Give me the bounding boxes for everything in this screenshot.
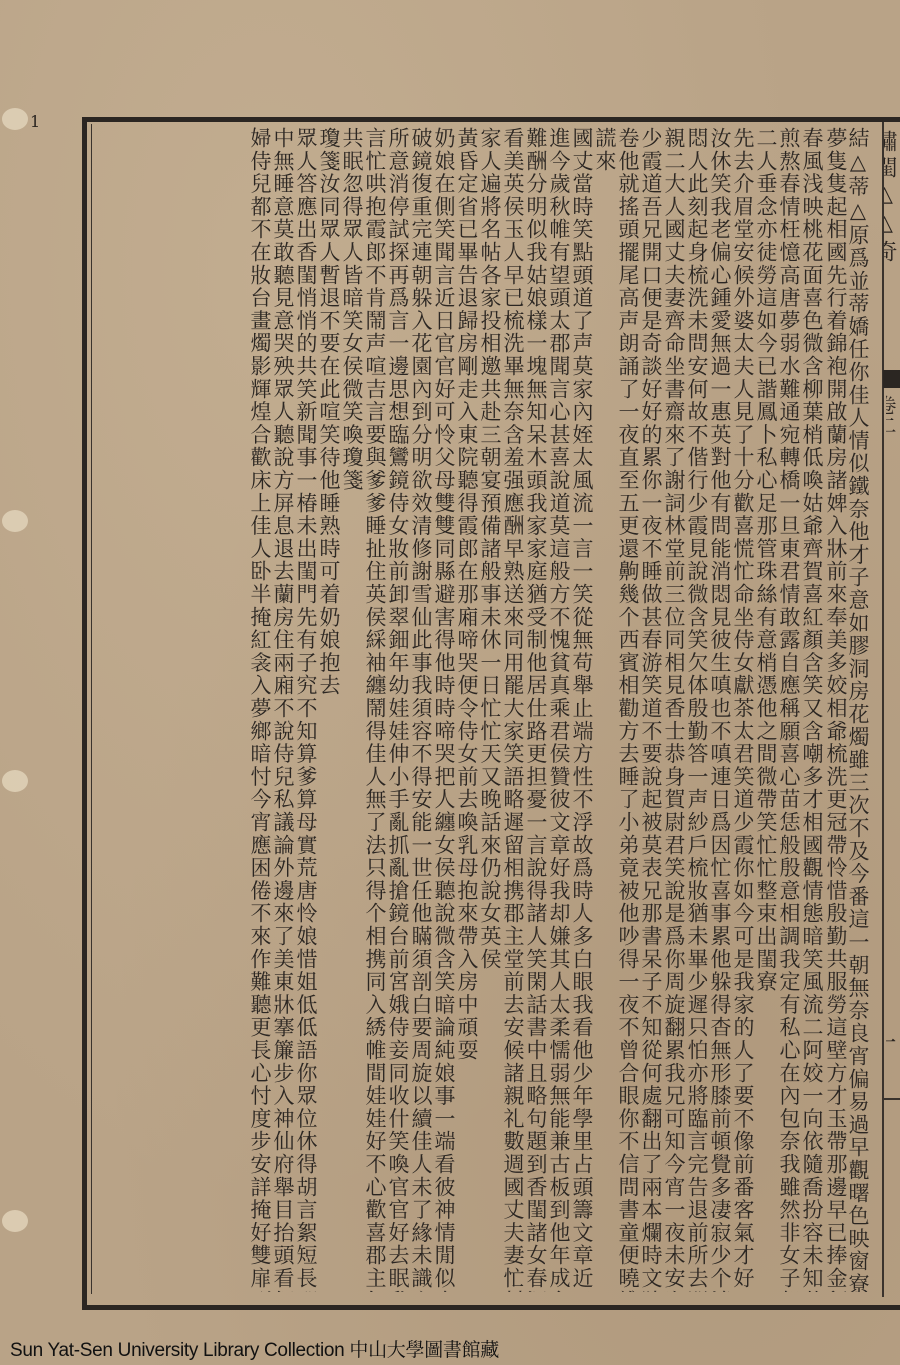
text-column: 進今歲秋帷有望頭太郡聞言心甚喜說道莫這般方不愧貧真乘君侯贊彼文章好我却嫌其人太柔… [547,127,571,1292]
spine-fishtail-mark [883,370,900,388]
text-column: 春風浅映桃花面喜色微含柳葉梢低喚姑爺齊賀喜紅顏含笑又含嘲多才相國觀情態暗笑風流二… [800,127,824,1292]
text-column: 結△蒂△原爲並蒂嬌任你佳人情似鐵奈他才子意如膠洞房花燭雖三次不及今番這一朝無奈良… [846,127,870,1292]
text-column: 所意消停試探再爲言一邊思想臨鸞鏡侍女妝前卸翠鈿年幼娃娃伸小手亂抓亂搶鏡台前宮娥侍… [386,127,410,1292]
text-column: 黃昏定省已畢告退歸房剛走入東院聽得霞郎在那廂啼哭便令侍女前去喚乳母抱來帶入房中頑… [455,127,479,1292]
text-column: 看美英侯玉人早已梳洗畢無奈含羞强應酬早熟送來同用罷大家笑語略遲留相携郡主堂前去安… [501,127,525,1292]
text-column: 汝休笑我老偏心鍾愛無過一惠英對他有問能消悶見彼生嗔也不嗔連日爲因忙喜事累他躲得杳… [708,127,732,1292]
binding-hole [2,510,28,532]
text-column: 夢隻隻起相國先行着錦袍開啟蘭房諸婢入牀前來奉美多姣相爺梳洗更冠帶怜惜殷勤共服勞這… [824,127,848,1292]
text-column: 眾人答應出香閨悄悄的共笑新聞事一椿未出閨門先有子究不知算爹算母實荒唐怜娘惜姐低低… [294,127,318,1292]
text-column: 瓊箋汝同眾人暫退不要在此喧笑待他睡熟時可着奶娘抱去 [317,127,341,1292]
library-attribution: Sun Yat-Sen University Library Collectio… [10,1335,499,1362]
text-column: 中無睡意莫敢聽見意哭殃眾人聽說方屏息退去蘭房住兩廂不說侍兒私議論外邊來了美東牀搴… [271,127,295,1292]
text-column: 二人垂念亦徒勞這如今已諧鳳卜私心足那管珠絲有意梢憑他之間微帶笑忙忙整束出閨寮 [754,127,778,1292]
text-column: 奶娘在側笑聞言近日官官好可怜父母雙雙同縣避害得他時時啼哭把人纏女侯聽說微含笑暗論… [432,127,456,1292]
text-column: 煎熬春情枉憶高唐夢弱水難通宛轉橋一旦東君情敢露自應稱願喜心苗恁般殷意相調我定有私… [777,127,801,1292]
text-column: 先去介眉堂安候外婆太夫人見了十分歡喜慌忙命坐侍女獻茶太君笑道少霞你如今可是我家的… [731,127,755,1292]
text-column: 國丈當時笑點頭道了声莫家內姪太風流一言一笑從無苟舉止端方性不浮故爲時人多白眼我看… [570,127,594,1292]
spine-rule [883,1098,900,1100]
binding-hole [2,1210,28,1232]
text-column: 破鏡復重完連朝躲入花園內到分明欲效清修謝雪仙此事我須容不得安能一世任他瞞須剖白要… [409,127,433,1292]
binding-hole [2,108,28,130]
text-column: 言忙哄抱霞郎不肯鬧声喧吉言要與爹爹睡扯住英侯綵袖纏鬧得佳人無了法只得个相携同入綉… [363,127,387,1292]
text-column: 難酬分明似我姑娘樣一塊無知呆木頭我家家庭猶受制他居仕路更担憂一言說得諸人笑閑話書… [524,127,548,1292]
text-column: 少霞道吾兄開口便是奇談好好的累你一夜不睡做甚春游笑道不要說起被莫表兄那書呆子不知… [639,127,663,1292]
spine-title: 繡閨△△奇 [884,130,900,370]
text-column: 家人遍將名帖各家投相邀共赴三朝宴預備諸般事未休一日忙忙天又晚話來仍說女英侯 [478,127,502,1292]
spine-folio-number: 十 [886,1030,900,1070]
text-column: 共眠忽得眾人皆暗笑女侯微笑喚瓊箋 [340,127,364,1292]
text-column: 親二大人國丈夫妻齊命坐書齋來了謝詞林堂前三位同相見香士恭身賀尉君笑說是爲你周旋翻… [662,127,686,1292]
page-mark: 1 [30,112,40,131]
spine-volume: 卷二 [886,395,900,455]
text-column: 婦侍兒都不在妝台畫燭影輝煌合歡床上佳人卧半掩紅衾入夢鄉暗忖今宵應困倦不來作難聽更… [248,127,272,1292]
text-column: 卷他就搖頭擺尾高声朗誦了一夜直至五更還齁幾个西賓相勸方去睡了小弟竟被他吵得一夜不… [616,127,640,1292]
binding-hole [2,770,28,792]
text-column: 謊來 [593,127,617,1292]
text-column: 悶人此刻起身梳洗未問安何故不偕行少霞見說微含笑欠体殷勤答一声紗戶梳妝猶未畢少遲只… [685,127,709,1292]
